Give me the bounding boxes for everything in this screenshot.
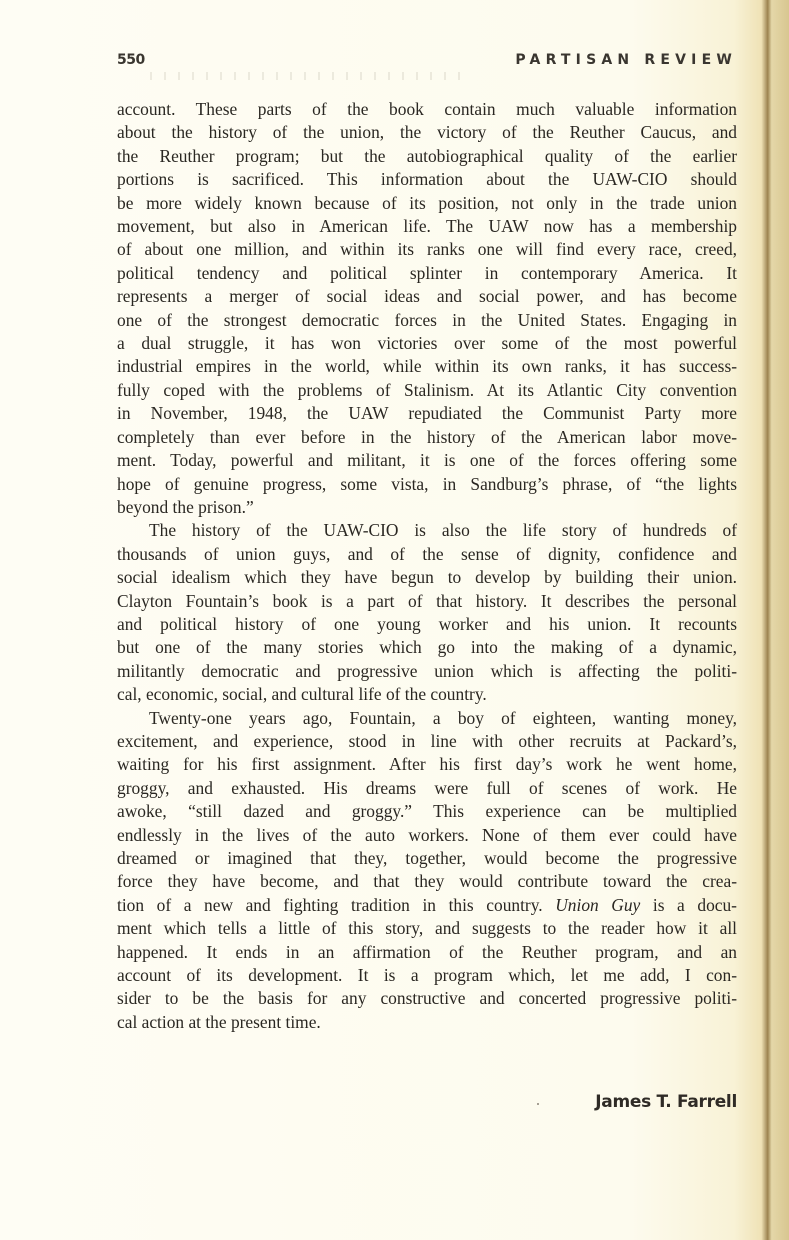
print-speck bbox=[537, 1103, 539, 1105]
author-signature: James T. Farrell bbox=[595, 1092, 737, 1112]
book-title: Union Guy bbox=[555, 895, 640, 915]
text-line: force they have become, and that they wo… bbox=[117, 870, 737, 893]
text-line: and political history of one young worke… bbox=[117, 613, 737, 636]
text-line: hope of genuine progress, some vista, in… bbox=[117, 473, 737, 496]
paragraph-1: account. These parts of the book contain… bbox=[117, 98, 737, 519]
text-line: militantly democratic and progressive un… bbox=[117, 660, 737, 683]
paragraph-2: The history of the UAW-CIO is also the l… bbox=[117, 519, 737, 706]
text-line: represents a merger of social ideas and … bbox=[117, 285, 737, 308]
text-line: excitement, and experience, stood in lin… bbox=[117, 730, 737, 753]
text-line-with-title: tion of a new and fighting tradition in … bbox=[117, 894, 737, 917]
text-line: happened. It ends in an affirmation of t… bbox=[117, 941, 737, 964]
text-line: the Reuther program; but the autobiograp… bbox=[117, 145, 737, 168]
text-line: endlessly in the lives of the auto worke… bbox=[117, 824, 737, 847]
text-line: thousands of union guys, and of the sens… bbox=[117, 543, 737, 566]
book-page: 550 PARTISAN REVIEW account. These parts… bbox=[0, 0, 789, 1240]
text-line: ment which tells a little of this story,… bbox=[117, 917, 737, 940]
text-line: The history of the UAW-CIO is also the l… bbox=[117, 519, 737, 542]
page-number: 550 bbox=[117, 52, 145, 68]
text-line: in November, 1948, the UAW repudiated th… bbox=[117, 402, 737, 425]
article-body: account. These parts of the book contain… bbox=[117, 98, 737, 1034]
text-line: Twenty-one years ago, Fountain, a boy of… bbox=[117, 707, 737, 730]
text-line: dreamed or imagined that they, together,… bbox=[117, 847, 737, 870]
text-line: groggy, and exhausted. His dreams were f… bbox=[117, 777, 737, 800]
text-line: cal, economic, social, and cultural life… bbox=[117, 683, 737, 706]
text-line: but one of the many stories which go int… bbox=[117, 636, 737, 659]
text-line: Clayton Fountain’s book is a part of tha… bbox=[117, 590, 737, 613]
text-line: ment. Today, powerful and militant, it i… bbox=[117, 449, 737, 472]
text-segment: tion of a new and fighting tradition in … bbox=[117, 895, 543, 915]
text-line: beyond the prison.” bbox=[117, 496, 737, 519]
text-line: awoke, “still dazed and groggy.” This ex… bbox=[117, 800, 737, 823]
text-line: about the history of the union, the vict… bbox=[117, 121, 737, 144]
paragraph-3: Twenty-one years ago, Fountain, a boy of… bbox=[117, 707, 737, 1035]
text-line: industrial empires in the world, while w… bbox=[117, 355, 737, 378]
text-segment: is a docu- bbox=[640, 895, 737, 915]
text-line: portions is sacrificed. This information… bbox=[117, 168, 737, 191]
text-line: sider to be the basis for any constructi… bbox=[117, 987, 737, 1010]
text-line: one of the strongest democratic forces i… bbox=[117, 309, 737, 332]
text-line: account. These parts of the book contain… bbox=[117, 98, 737, 121]
text-line: movement, but also in American life. The… bbox=[117, 215, 737, 238]
text-line: of about one million, and within its ran… bbox=[117, 238, 737, 261]
running-head: 550 PARTISAN REVIEW bbox=[117, 52, 737, 74]
journal-title: PARTISAN REVIEW bbox=[515, 52, 737, 68]
text-line: be more widely known because of its posi… bbox=[117, 192, 737, 215]
text-line: completely than ever before in the histo… bbox=[117, 426, 737, 449]
text-line: a dual struggle, it has won victories ov… bbox=[117, 332, 737, 355]
text-line: social idealism which they have begun to… bbox=[117, 566, 737, 589]
text-line: political tendency and political splinte… bbox=[117, 262, 737, 285]
text-line: account of its development. It is a prog… bbox=[117, 964, 737, 987]
text-line: cal action at the present time. bbox=[117, 1011, 737, 1034]
text-line: waiting for his first assignment. After … bbox=[117, 753, 737, 776]
text-line: fully coped with the problems of Stalini… bbox=[117, 379, 737, 402]
